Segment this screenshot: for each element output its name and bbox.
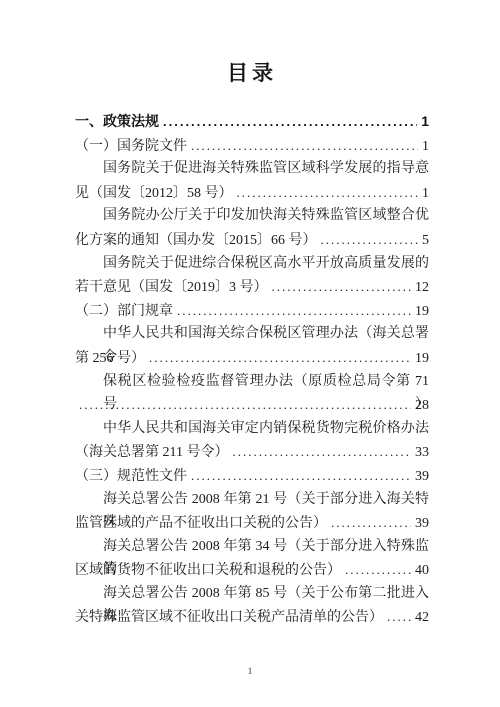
toc-entry-line: 海关总署公告 2008 年第 21 号（关于部分进入海关特殊: [75, 488, 429, 512]
dot-leader: [149, 346, 411, 371]
toc-entry-line: 中华人民共和国海关审定内销保税货物完税价格办法: [75, 417, 429, 441]
toc-page-number: 1: [422, 135, 429, 159]
toc-entry-text: 化方案的通知（国办发〔2015〕66 号）: [75, 229, 317, 253]
toc-entry-text: 国务院关于促进海关特殊监管区域科学发展的指导意: [103, 161, 429, 176]
toc-page-number: 39: [415, 512, 429, 536]
toc-entry-text: 监管区域的产品不征收出口关税的公告）: [75, 512, 327, 536]
toc-entry-text: 关特殊监管区域不征收出口关税产品清单的公告）: [75, 606, 383, 630]
toc-entry-line: 关特殊监管区域不征收出口关税产品清单的公告）42: [75, 605, 429, 629]
dot-leader: [272, 275, 412, 300]
toc-entry-line: （三）规范性文件39: [75, 464, 429, 488]
toc-entry-line: 海关总署公告 2008 年第 85 号（关于公布第二批进入海: [75, 582, 429, 606]
dot-leader: [191, 464, 411, 489]
toc-entry-line: 区域的货物不征收出口关税和退税的公告）40: [75, 558, 429, 582]
dot-leader: [232, 440, 411, 465]
toc-entry-line: 见（国发〔2012〕58 号）1: [75, 181, 429, 205]
toc-entry-text: 国务院办公厅关于印发加快海关特殊监管区域整合优: [103, 208, 429, 223]
toc-entry-text: 第 256 号）: [75, 347, 145, 371]
toc-entry-text: （一）国务院文件: [75, 135, 187, 159]
toc-page-number: 33: [415, 441, 429, 465]
toc-page-number: 19: [415, 300, 429, 324]
dot-leader: [345, 558, 411, 583]
toc-entry-line: 中华人民共和国海关综合保税区管理办法（海关总署令: [75, 322, 429, 346]
toc-entry-line: 监管区域的产品不征收出口关税的公告）39: [75, 511, 429, 535]
toc-entry-line: 国务院关于促进海关特殊监管区域科学发展的指导意: [75, 157, 429, 181]
toc-entry-line: 国务院关于促进综合保税区高水平开放高质量发展的: [75, 252, 429, 276]
toc-entry-text: （二）部门规章: [75, 300, 173, 324]
toc-entry-text: （三）规范性文件: [75, 465, 187, 489]
toc-entry-line: 第 256 号）19: [75, 346, 429, 370]
toc-entry-line: （二）部门规章19: [75, 299, 429, 323]
toc-entry-line: 一、政策法规1: [75, 110, 429, 134]
toc-entry-line: 保税区检验检疫监督管理办法（原质检总局令第 71 号）: [75, 370, 429, 394]
toc-list: 一、政策法规1（一）国务院文件1国务院关于促进海关特殊监管区域科学发展的指导意见…: [75, 110, 429, 629]
toc-entry-text: 中华人民共和国海关审定内销保税货物完税价格办法: [103, 421, 429, 436]
dot-leader: [387, 605, 411, 630]
toc-page-number: 1: [421, 110, 429, 134]
toc-page-number: 1: [422, 182, 429, 206]
toc-page-number: 12: [415, 276, 429, 300]
toc-page-number: 42: [415, 606, 429, 630]
toc-page-number: 39: [415, 465, 429, 489]
toc-entry-text: 区域的货物不征收出口关税和退税的公告）: [75, 559, 341, 583]
dot-leader: [237, 181, 419, 206]
toc-entry-line: 海关总署公告 2008 年第 34 号（关于部分进入特殊监管: [75, 535, 429, 559]
toc-entry-line: 国务院办公厅关于印发加快海关特殊监管区域整合优: [75, 204, 429, 228]
dot-leader: [321, 228, 419, 253]
dot-leader: [79, 393, 411, 418]
toc-entry-line: 若干意见（国发〔2019〕3 号）12: [75, 275, 429, 299]
dot-leader: [331, 511, 411, 536]
dot-leader: [191, 134, 418, 159]
dot-leader: [163, 110, 417, 134]
toc-entry-line: 28: [75, 393, 429, 417]
toc-entry-text: 国务院关于促进综合保税区高水平开放高质量发展的: [103, 256, 429, 271]
toc-page-number: 28: [415, 394, 429, 418]
dot-leader: [177, 299, 411, 324]
toc-entry-line: （海关总署第 211 号令）33: [75, 440, 429, 464]
toc-entry-text: 见（国发〔2012〕58 号）: [75, 182, 233, 206]
footer-page-number: 1: [0, 666, 500, 676]
toc-entry-line: 化方案的通知（国办发〔2015〕66 号）5: [75, 228, 429, 252]
toc-entry-text: （海关总署第 211 号令）: [75, 441, 228, 465]
toc-entry-line: （一）国务院文件1: [75, 134, 429, 158]
page-title: 目录: [0, 57, 500, 87]
toc-entry-text: 若干意见（国发〔2019〕3 号）: [75, 276, 268, 300]
toc-page-number: 5: [422, 229, 429, 253]
toc-entry-text: 一、政策法规: [75, 110, 159, 134]
toc-page-number: 40: [415, 559, 429, 583]
toc-page-number: 19: [415, 347, 429, 371]
